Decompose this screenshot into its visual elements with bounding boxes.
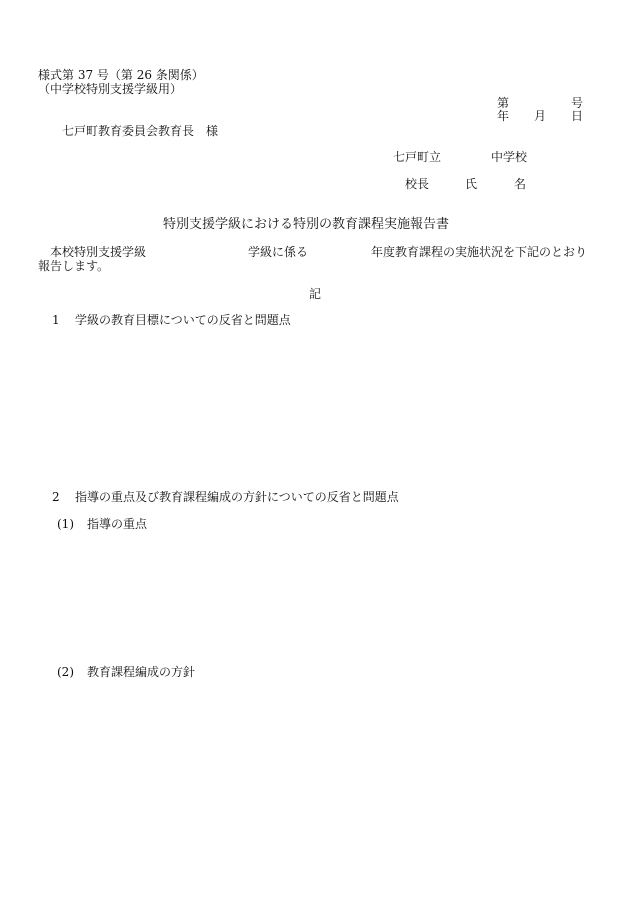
ref-year: 年 xyxy=(497,109,509,123)
sender-name-label-2: 名 xyxy=(514,177,526,191)
intro-part-3: 年度教育課程の実施状況を下記のとおり xyxy=(371,245,587,259)
subsection-2-title: 教育課程編成の方針 xyxy=(87,665,195,679)
sender-principal: 校長 xyxy=(405,177,429,191)
ref-number-prefix: 第 xyxy=(497,96,509,110)
sender-school-suffix: 中学校 xyxy=(491,150,527,164)
sender-town-school: 七戸町立 xyxy=(393,150,441,164)
subsection-1-number: (1) xyxy=(57,517,74,531)
document-title: 特別支援学級における特別の教育課程実施報告書 xyxy=(163,218,449,232)
ref-month: 月 xyxy=(534,109,546,123)
addressee: 七戸町教育委員会教育長 様 xyxy=(62,124,218,138)
subsection-2-number: (2) xyxy=(57,665,74,679)
section-2-number: 2 xyxy=(52,490,60,504)
intro-part-2: 学級に係る xyxy=(248,245,308,259)
section-1-title: 学級の教育目標についての反省と問題点 xyxy=(75,313,291,327)
intro-part-1: 本校特別支援学級 xyxy=(50,245,146,259)
section-1-number: 1 xyxy=(52,313,60,327)
subsection-1-title: 指導の重点 xyxy=(87,517,147,531)
section-2-title: 指導の重点及び教育課程編成の方針についての反省と問題点 xyxy=(75,490,399,504)
ref-number-suffix: 号 xyxy=(571,96,583,110)
form-number: 様式第 37 号（第 26 条関係） xyxy=(38,68,204,82)
sender-name-label-1: 氏 xyxy=(465,177,477,191)
form-subtitle: （中学校特別支援学級用） xyxy=(38,82,182,96)
intro-line-2: 報告します。 xyxy=(38,259,109,273)
ki-heading: 記 xyxy=(309,287,321,301)
ref-day: 日 xyxy=(571,109,583,123)
